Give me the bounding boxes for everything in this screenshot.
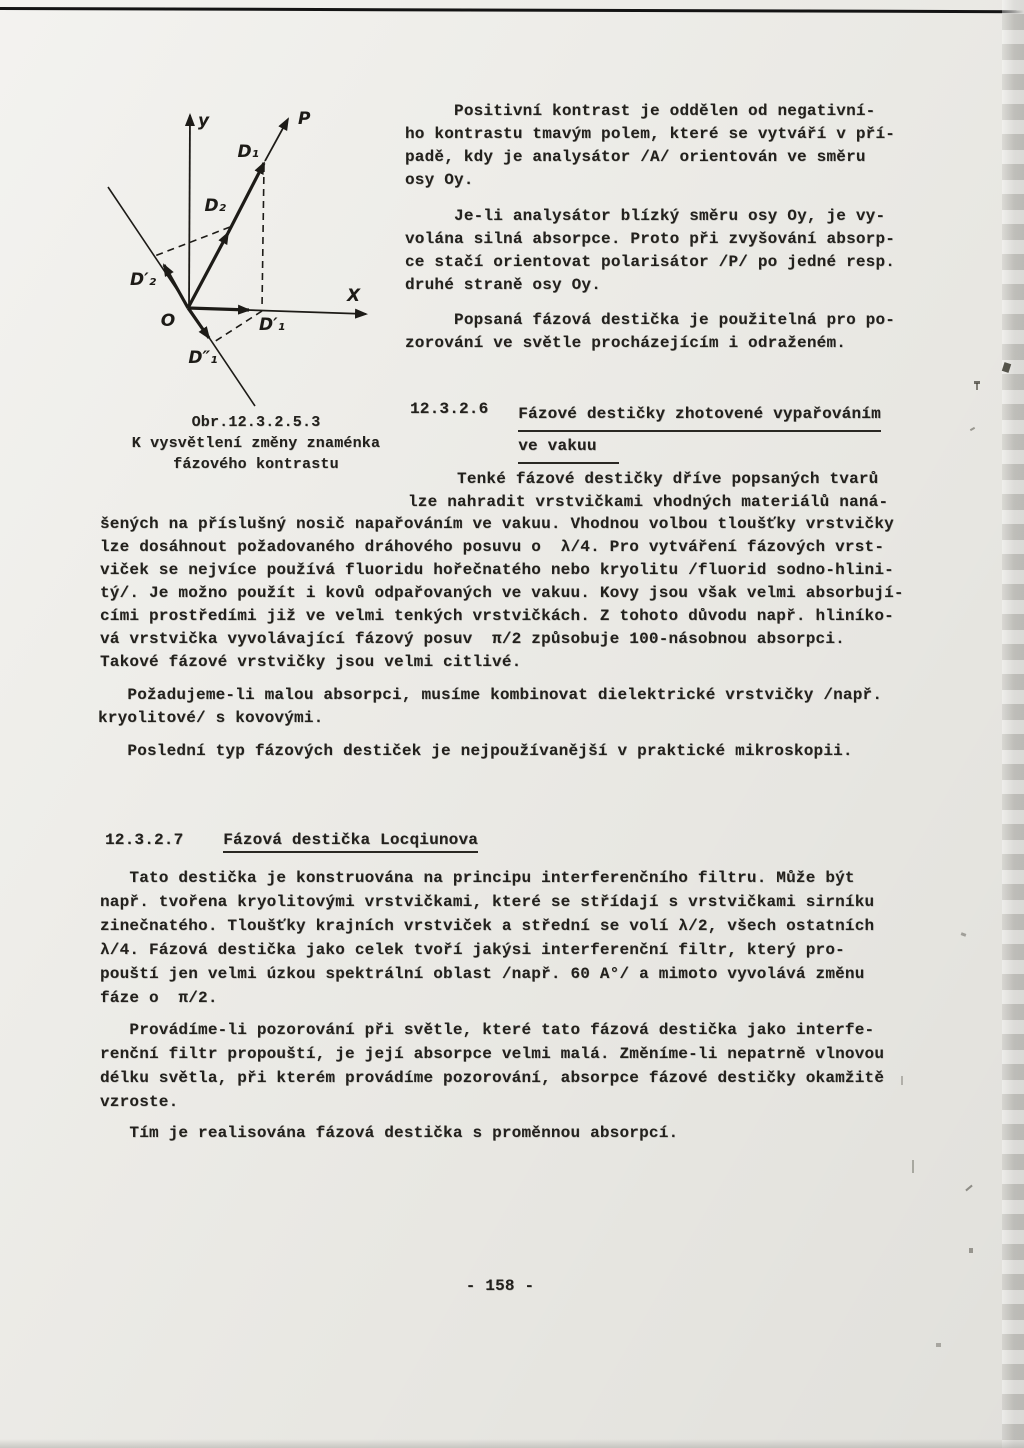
paragraph-low-absorption: Požadujeme-li malou absorpci, musíme kom… (98, 684, 920, 730)
dashed-D1prime-to-D1doubleprime (214, 311, 262, 342)
paragraph-interference-filter: Tato destička je konstruována na princip… (100, 866, 922, 1010)
dashed-D1-to-D1prime (262, 165, 264, 309)
d2-label: D₂ (204, 196, 226, 216)
vector-O-D2 (188, 233, 228, 308)
paper-bottom-edge-shadow (0, 1439, 1024, 1448)
vector-O-D2prime (164, 265, 188, 308)
page-number: - 158 - (420, 1275, 580, 1298)
phase-contrast-vector-diagram: y P X O D₁ D₂ D′₂ D′₁ D″₁ (85, 95, 415, 430)
section-12-3-2-7-number: 12.3.2.7 (105, 831, 183, 849)
vector-O-D1doubleprime (188, 308, 209, 338)
section-12-3-2-6-number: 12.3.2.6 (410, 400, 488, 418)
section-12-3-2-7-title: Fázová destička Locqiunova (223, 831, 478, 853)
paragraph-most-used-type: Poslední typ fázových destiček je nejpou… (98, 740, 920, 763)
p-direction-line (265, 119, 288, 161)
scan-top-edge-line (0, 7, 1024, 13)
torn-paper-right-edge (1002, 0, 1024, 1448)
d2-prime-label: D′₂ (130, 270, 157, 290)
section-12-3-2-7-heading: 12.3.2.7 Fázová destička Locqiunova (105, 831, 478, 849)
paragraph-variable-absorption: Tím je realisována fázová destička s pro… (100, 1122, 922, 1145)
paragraph-thin-plates-continuation: šených na příslušný nosič napařováním ve… (100, 513, 922, 674)
y-axis-line (189, 115, 190, 308)
p-vector-label: P (298, 109, 311, 129)
origin-label: O (161, 311, 175, 331)
figure-caption: Obr.12.3.2.5.3 K vysvětlení změny znamén… (100, 412, 412, 475)
x-axis-label: X (346, 286, 361, 306)
section-12-3-2-6-title-line1: Fázové destičky zhotovené vypařováním (518, 400, 881, 432)
paragraph-thin-plates-start: Tenké fázové destičky dříve popsaných tv… (408, 468, 923, 514)
vector-O-D1prime (188, 308, 249, 310)
section-12-3-2-6-title-line2: ve vakuu (518, 432, 618, 464)
paragraph-phase-plate-use: Popsaná fázová destička je použitelná pr… (405, 309, 920, 355)
vector-D2-D1 (228, 163, 264, 233)
y-axis-label: y (198, 111, 210, 131)
scanned-document-page: y P X O D₁ D₂ D′₂ D′₁ D″₁ Obr.12.3.2.5.3… (0, 0, 1024, 1448)
section-12-3-2-6-heading: 12.3.2.6 Fázové destičky zhotovené vypař… (410, 400, 881, 469)
d1-label: D₁ (237, 142, 259, 162)
paragraph-positive-contrast: Positivní kontrast je oddělen od negativ… (405, 100, 920, 192)
paragraph-analyser-absorption: Je-li analysátor blízký směru osy Oy, je… (405, 205, 920, 297)
d1-prime-label: D′₁ (259, 315, 285, 335)
d1-doubleprime-label: D″₁ (188, 348, 217, 368)
paragraph-observation-light: Provádíme-li pozorování při světle, kter… (100, 1018, 922, 1114)
